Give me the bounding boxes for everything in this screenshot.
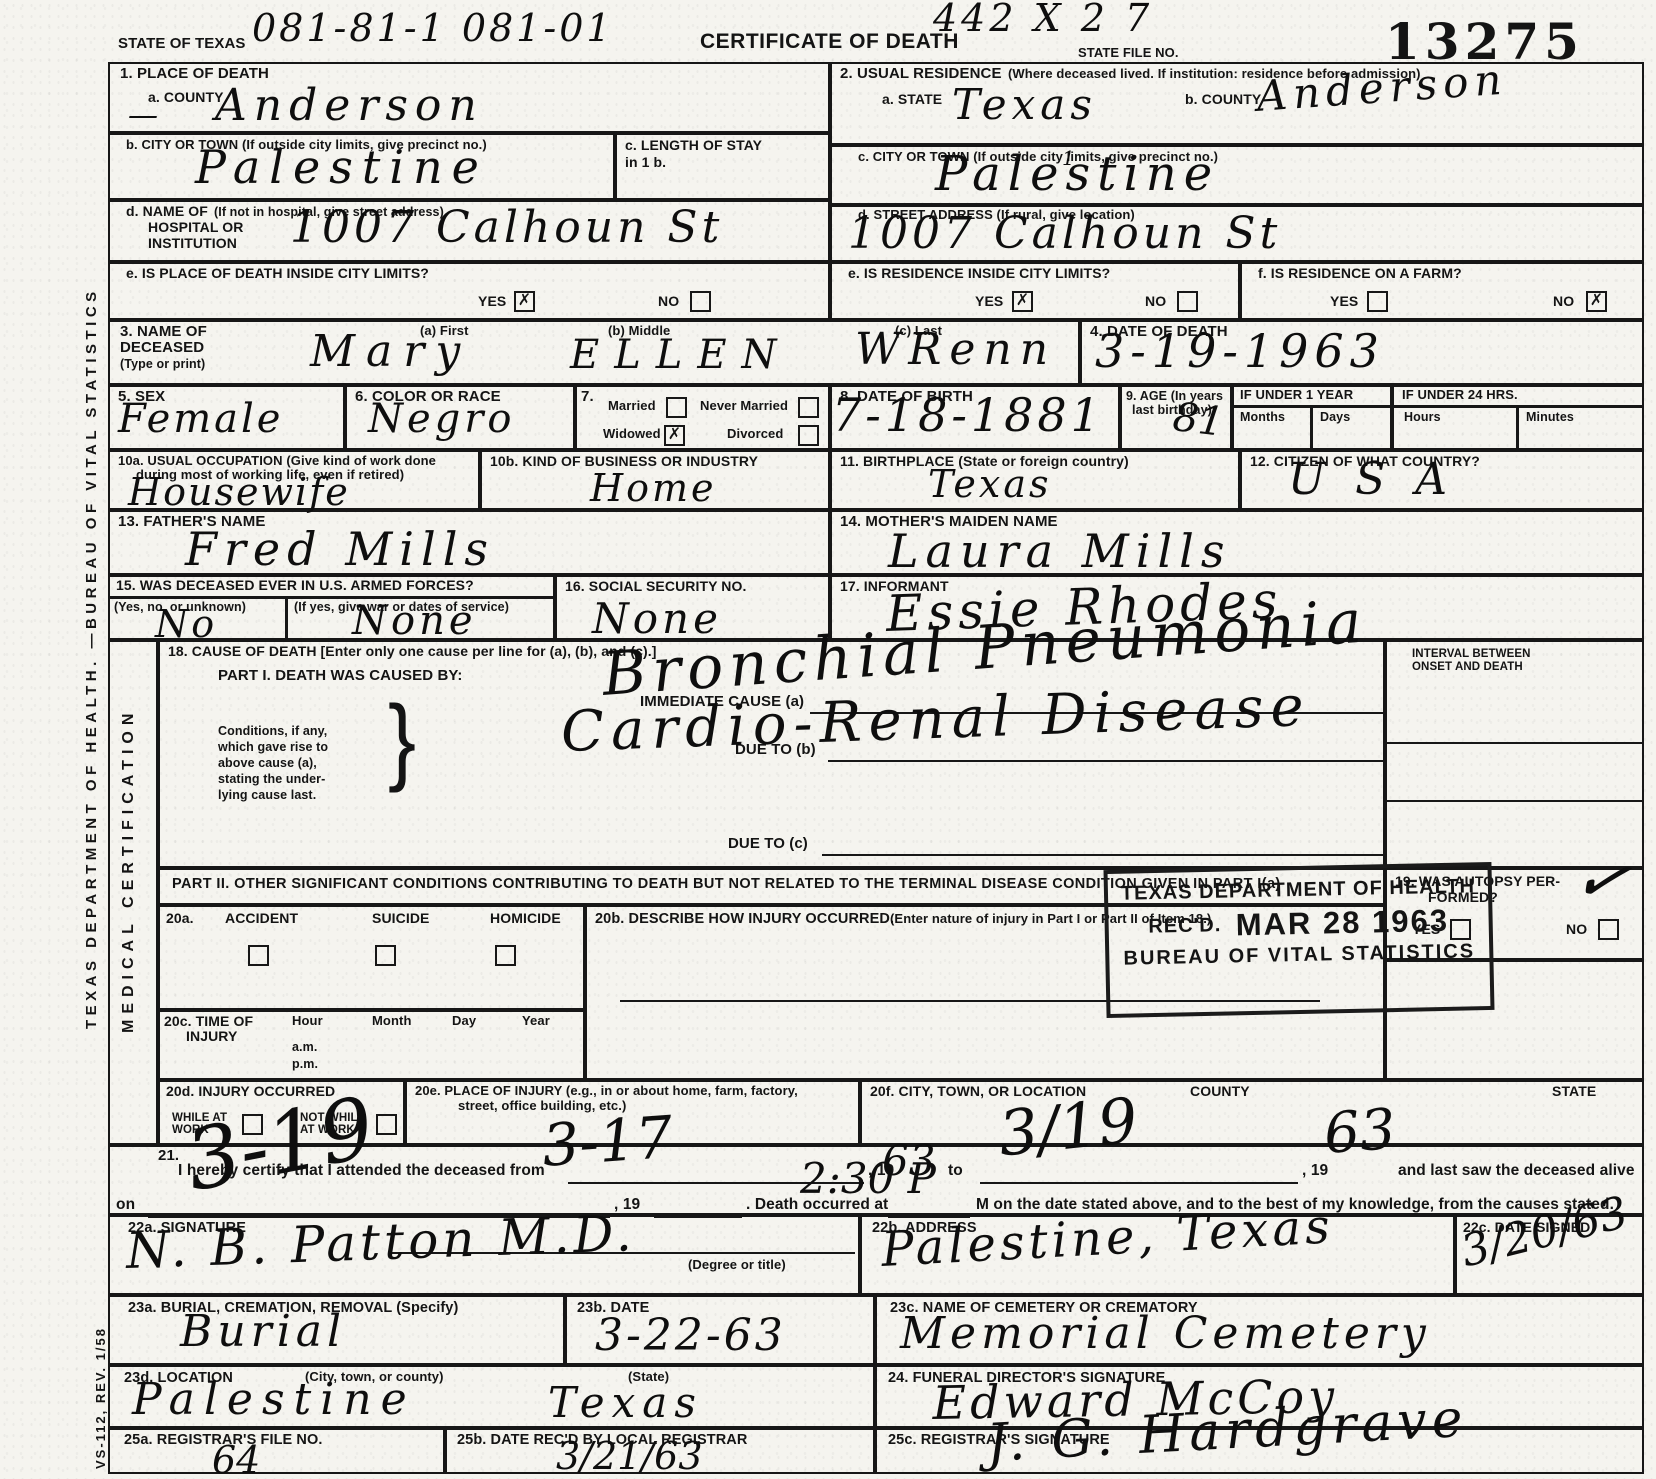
received-stamp: TEXAS DEPARTMENT OF HEALTH REC'D. MAR 28… — [1103, 862, 1494, 1018]
widowed-label: Widowed — [603, 427, 661, 442]
residence-state-value: Texas — [952, 80, 1097, 129]
time-of-injury-label-2: INJURY — [186, 1029, 237, 1045]
farm-no-label: NO — [1553, 294, 1574, 310]
injury-county-label: COUNTY — [1190, 1084, 1250, 1100]
registrar-file-no-value: 64 — [212, 1438, 260, 1479]
marital-label: 7. — [581, 389, 594, 406]
certify-text-6: on — [116, 1196, 135, 1213]
occupation-value: Housewife — [128, 470, 350, 514]
certify-text-4: , 19 — [1302, 1162, 1328, 1179]
burial-type-value: Burial — [180, 1306, 346, 1357]
suicide-checkbox — [375, 945, 396, 966]
stamp-line-2: REC'D. MAR 28 1963 — [1108, 902, 1489, 946]
cause-of-death-label: 18. CAUSE OF DEATH [Enter only one cause… — [168, 644, 657, 660]
interval-label-2: ONSET AND DEATH — [1412, 661, 1523, 674]
divorced-label: Divorced — [727, 427, 783, 442]
burial-location-state-value: Texas — [548, 1378, 703, 1427]
days-label: Days — [1320, 410, 1350, 424]
farm-yes-checkbox — [1367, 291, 1388, 312]
am-label: a.m. — [292, 1040, 317, 1054]
last-name-value: WRenn — [855, 324, 1056, 375]
date-of-birth-value: 7-18-1881 — [832, 388, 1104, 442]
armed-forces-value: No — [155, 602, 217, 646]
accident-checkbox — [248, 945, 269, 966]
death-limits-no-label: NO — [658, 294, 679, 310]
armed-forces-service-value: None — [352, 598, 477, 644]
residence-limits-no-label: NO — [1145, 294, 1166, 310]
divorced-checkbox — [798, 425, 819, 446]
minutes-label: Minutes — [1526, 410, 1574, 424]
due-to-c-line — [822, 854, 1385, 856]
death-inside-city-limits-label: e. IS PLACE OF DEATH INSIDE CITY LIMITS? — [126, 266, 429, 282]
stamp-line-1: TEXAS DEPARTMENT OF HEALTH — [1108, 875, 1488, 906]
suicide-label: SUICIDE — [372, 911, 430, 927]
place-of-injury-label-1: 20e. PLACE OF INJURY (e.g., in or about … — [415, 1084, 798, 1099]
certify-blank-to — [980, 1182, 1298, 1184]
state-of-texas-label: STATE OF TEXAS — [118, 36, 246, 53]
length-of-stay-label2: in 1 b. — [625, 155, 666, 171]
certify-time-value: 2:30 P — [800, 1154, 936, 1203]
interval-line-a — [1385, 742, 1644, 744]
never-married-checkbox — [798, 397, 819, 418]
margin-form-number: VS-112, REV. 1/58 — [94, 1318, 114, 1478]
hours-minutes-divider — [1516, 405, 1519, 450]
month-label: Month — [372, 1014, 411, 1029]
homicide-checkbox — [495, 945, 516, 966]
hospital-label-3: INSTITUTION — [148, 236, 237, 252]
sex-value: Female — [118, 396, 283, 442]
interval-line-b — [1385, 800, 1644, 802]
county-label: a. COUNTY — [148, 90, 224, 106]
cell-interval-column — [1385, 640, 1644, 868]
farm-label: f. IS RESIDENCE ON A FARM? — [1258, 266, 1462, 282]
middle-name-value: ELLEN — [570, 332, 792, 378]
state-file-no-label: STATE FILE NO. — [1078, 46, 1179, 61]
not-while-at-work-checkbox — [376, 1114, 397, 1135]
hospital-label-1: d. NAME OF — [126, 204, 208, 220]
farm-yes-label: YES — [1330, 294, 1358, 310]
armed-forces-divider — [108, 596, 555, 599]
armed-forces-vdivider — [285, 596, 288, 640]
death-certificate-scan: Item 14 corr as per registrar TEXAS DEPA… — [0, 0, 1656, 1479]
months-label: Months — [1240, 410, 1285, 424]
conditions-line-5: lying cause last. — [218, 788, 316, 802]
conditions-line-3: above cause (a), — [218, 756, 317, 770]
pm-label: p.m. — [292, 1057, 318, 1071]
accident-label: ACCIDENT — [225, 911, 298, 927]
residence-county-label: b. COUNTY — [1185, 92, 1261, 108]
due-to-c-label: DUE TO (c) — [728, 836, 808, 853]
length-of-stay-label: c. LENGTH OF STAY — [625, 138, 762, 154]
residence-limits-no-checkbox — [1177, 291, 1198, 312]
color-or-race-value: Negro — [368, 396, 515, 442]
residence-limits-label: e. IS RESIDENCE INSIDE CITY LIMITS? — [848, 266, 1110, 282]
handwritten-file-annotation: 442 X 2 7 — [933, 0, 1153, 40]
burial-date-value: 3-22-63 — [595, 1310, 786, 1361]
residence-state-label: a. STATE — [882, 92, 942, 108]
handwritten-registration-codes: 081-81-1 081-01 — [252, 6, 614, 50]
age-value: 81 — [1170, 394, 1226, 446]
death-limits-yes-checkbox: ✗ — [514, 291, 535, 312]
cemetery-name-value: Memorial Cemetery — [900, 1308, 1431, 1359]
year-label: Year — [522, 1014, 550, 1029]
conditions-brace: } — [388, 685, 416, 793]
married-checkbox — [666, 397, 687, 418]
certify-blank-on-year — [654, 1216, 742, 1218]
city-or-town-value: Palestine — [195, 140, 488, 194]
first-name-value: Mary — [310, 326, 471, 377]
certify-text-3: to — [948, 1162, 963, 1179]
date-of-death-value: 3-19-1963 — [1095, 324, 1385, 378]
item20a-label: 20a. — [166, 911, 194, 927]
citizen-country-value: U S A — [1288, 454, 1455, 505]
medical-certification-label: MEDICAL CERTIFICATION — [120, 660, 146, 1080]
degree-or-title-label: (Degree or title) — [688, 1258, 786, 1273]
certify-to-value: 3/19 — [995, 1083, 1141, 1170]
residence-limits-yes-label: YES — [975, 294, 1003, 310]
mothers-maiden-name-value: Laura Mills — [888, 524, 1231, 578]
social-security-label: 16. SOCIAL SECURITY NO. — [565, 579, 747, 595]
stamp-recd-label: REC'D. — [1148, 914, 1221, 938]
name-label-3: (Type or print) — [120, 357, 205, 371]
death-limits-no-checkbox — [690, 291, 711, 312]
armed-forces-label: 15. WAS DECEASED EVER IN U.S. ARMED FORC… — [116, 578, 474, 594]
due-to-b-line — [828, 760, 1385, 762]
name-label-2: DECEASED — [120, 340, 204, 357]
homicide-label: HOMICIDE — [490, 911, 561, 927]
margin-agency-label: TEXAS DEPARTMENT OF HEALTH. —BUREAU OF V… — [84, 258, 108, 1058]
conditions-line-4: stating the under- — [218, 772, 325, 786]
county-dash-mark: — — [128, 98, 158, 133]
residence-limits-yes-checkbox: ✗ — [1012, 291, 1033, 312]
date-recd-registrar-value: 3/21/63 — [556, 1434, 703, 1478]
stamp-date: MAR 28 1963 — [1235, 903, 1449, 942]
conditions-line-2: which gave rise to — [218, 740, 328, 754]
hour-label: Hour — [292, 1014, 323, 1029]
hours-label: Hours — [1404, 410, 1441, 424]
birthplace-value: Texas — [928, 462, 1051, 506]
day-label: Day — [452, 1014, 476, 1029]
certificate-title: CERTIFICATE OF DEATH — [700, 30, 959, 54]
certify-year2-value: 63 — [1322, 1097, 1398, 1167]
under-1-year-label: IF UNDER 1 YEAR — [1240, 388, 1353, 403]
hospital-label-2: HOSPITAL OR — [148, 220, 243, 236]
months-days-divider — [1310, 405, 1313, 450]
residence-street-value: 1007 Calhoun St — [848, 208, 1281, 259]
death-limits-yes-label: YES — [478, 294, 506, 310]
conditions-line-1: Conditions, if any, — [218, 724, 327, 738]
under-24-hrs-label: IF UNDER 24 HRS. — [1402, 388, 1518, 403]
injury-state-label: STATE — [1552, 1084, 1596, 1100]
burial-location-city-value: Palestine — [132, 1374, 416, 1425]
married-label: Married — [608, 399, 656, 414]
residence-city-value: Palestine — [935, 146, 1219, 202]
describe-injury-label: 20b. DESCRIBE HOW INJURY OCCURRED. — [595, 911, 894, 927]
interval-label-1: INTERVAL BETWEEN — [1412, 648, 1531, 661]
kind-of-business-value: Home — [590, 466, 717, 510]
county-value: Anderson — [215, 80, 484, 131]
hospital-value: 1007 Calhoun St — [290, 202, 723, 253]
part1-label: PART I. DEATH WAS CAUSED BY: — [218, 668, 462, 685]
widowed-checkbox: ✗ — [664, 425, 685, 446]
certify-text-5: and last saw the deceased alive — [1398, 1162, 1635, 1179]
farm-no-checkbox: ✗ — [1586, 291, 1607, 312]
never-married-label: Never Married — [700, 399, 788, 414]
item21-label: 21. — [158, 1148, 179, 1165]
fathers-name-value: Fred Mills — [185, 522, 495, 576]
certify-from-value: 3-17 — [540, 1103, 675, 1180]
autopsy-no-label: NO — [1566, 922, 1587, 938]
